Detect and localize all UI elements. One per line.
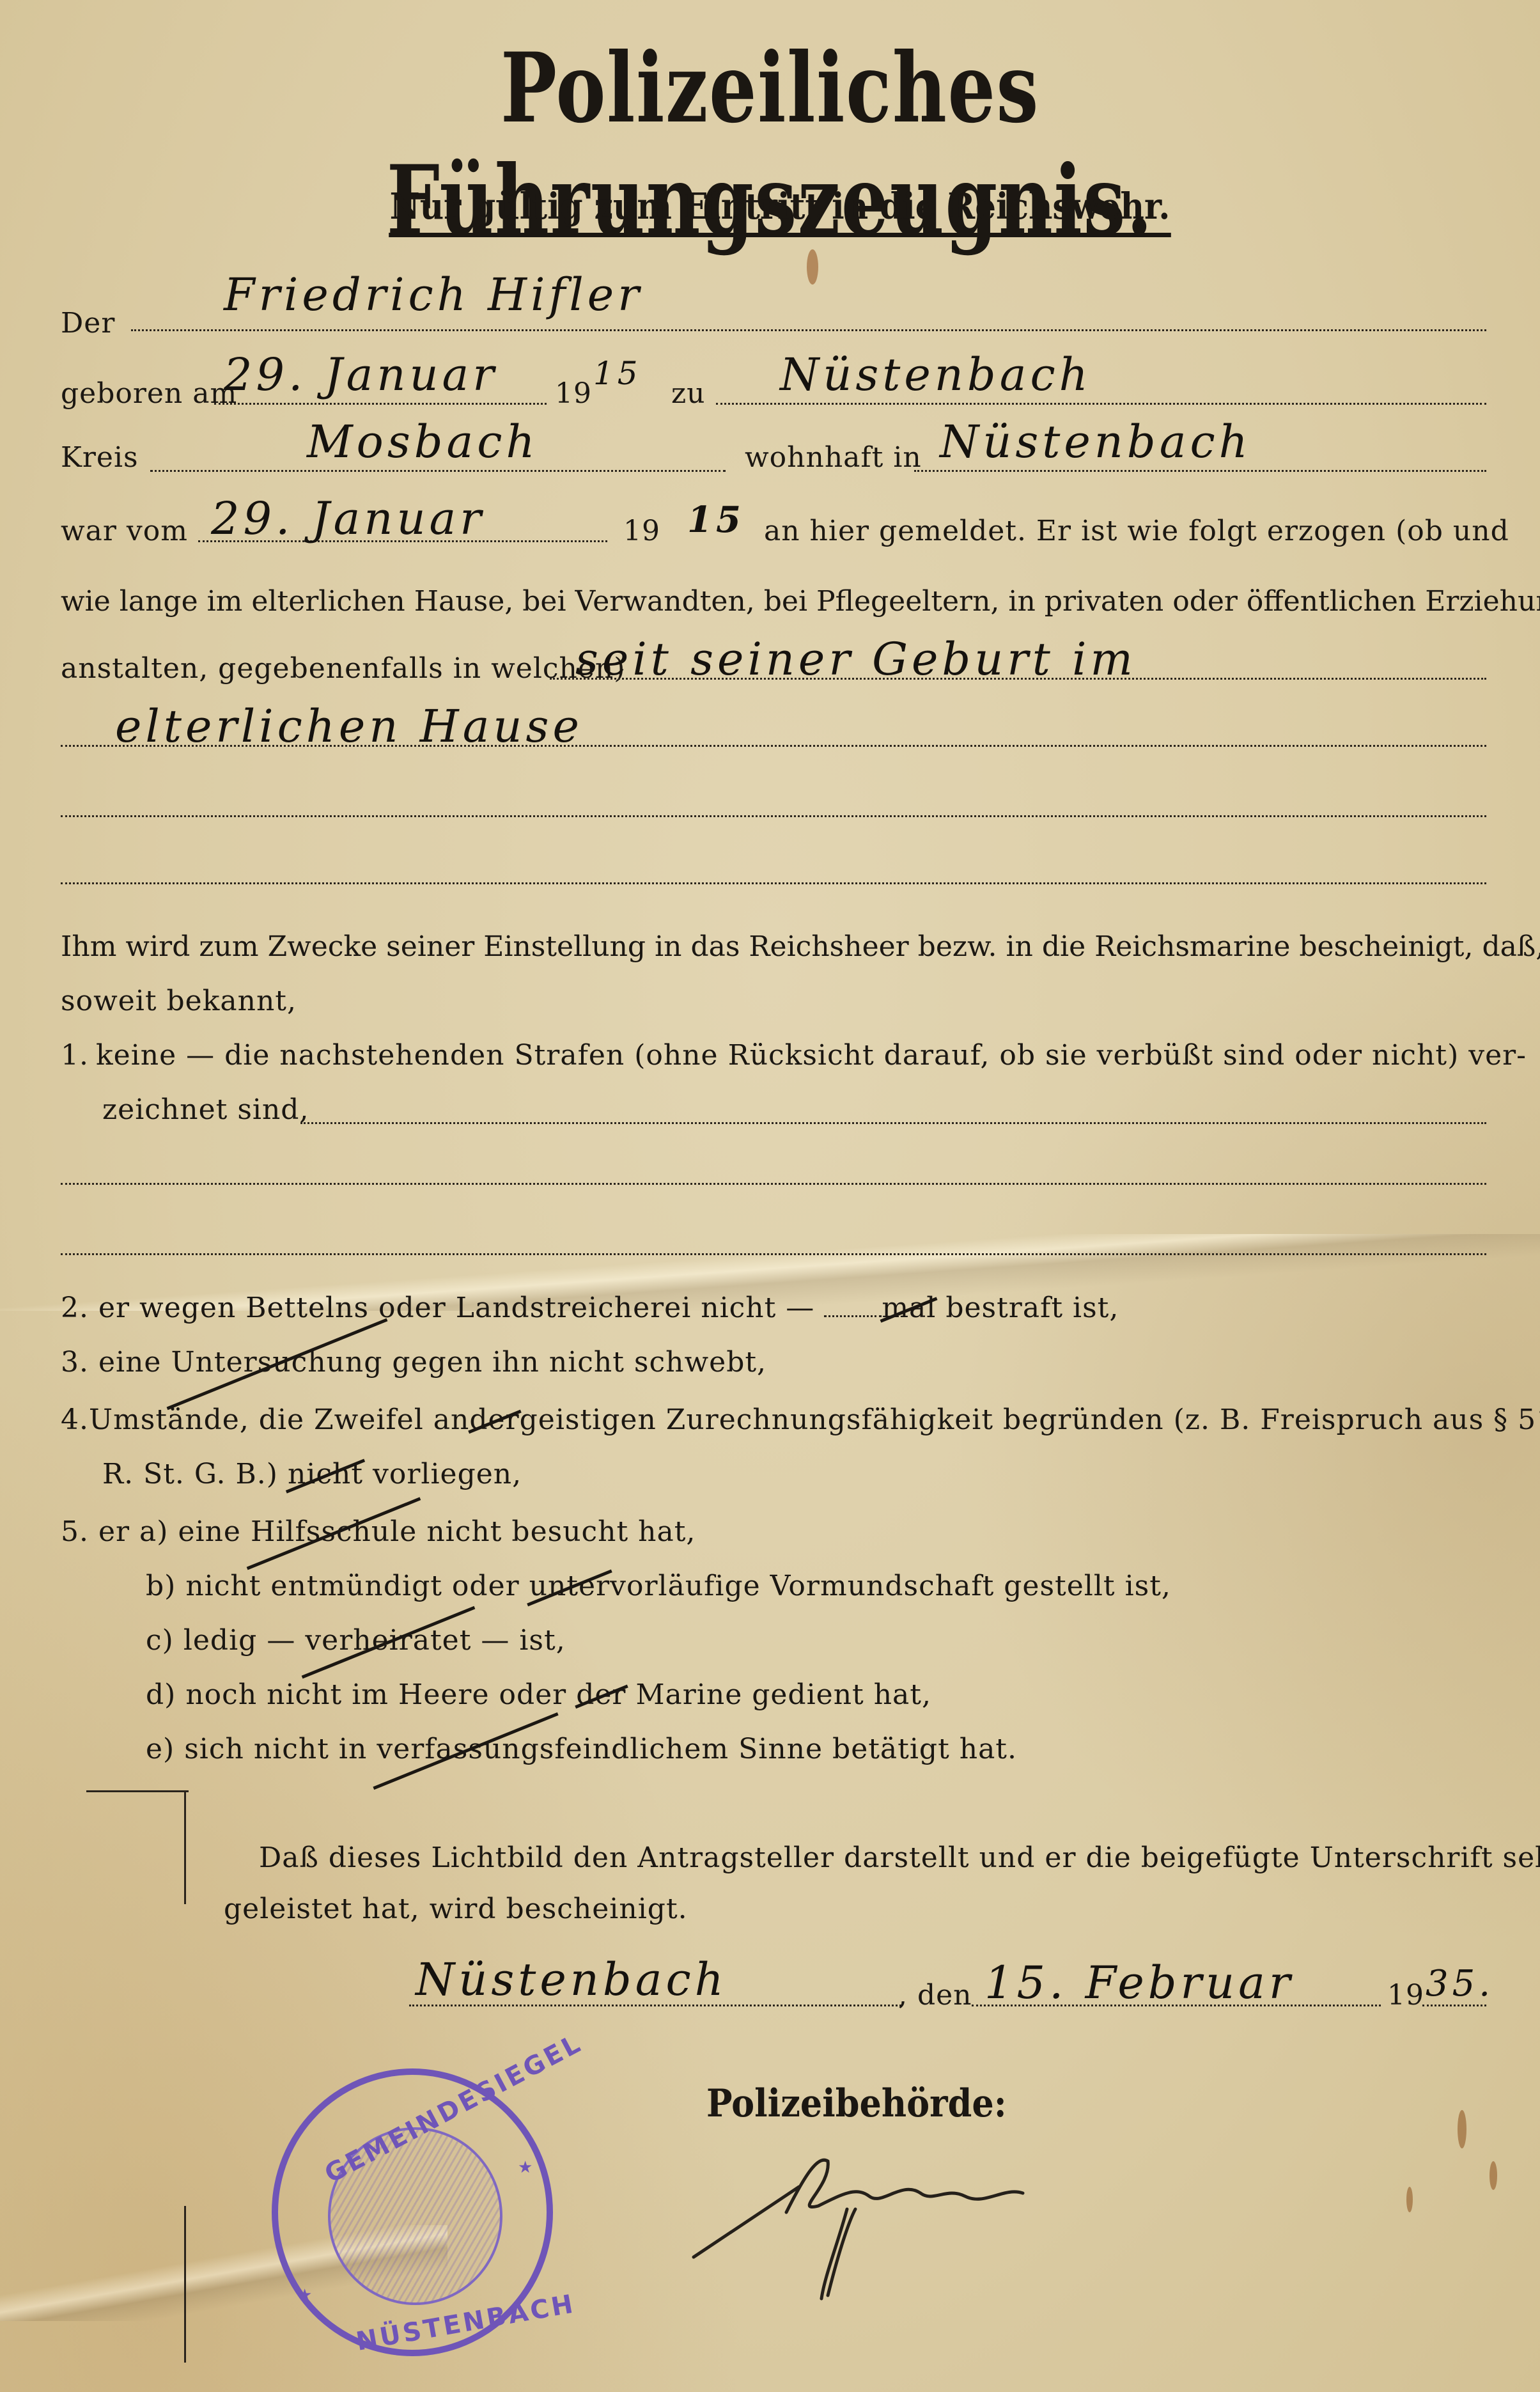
- place-handwritten: Nüstenbach: [416, 1953, 727, 2006]
- item-2-pre: er wegen Bettelns oder Landstreicherei n…: [98, 1292, 814, 1324]
- residence-label: wohnhaft in: [745, 441, 922, 474]
- item-5a-letter: er a): [98, 1515, 168, 1548]
- born-place-label: zu: [671, 377, 706, 410]
- item-5d-letter: d): [146, 1678, 176, 1711]
- item-4-post: geistigen Zurechnungsfähigkeit begründen…: [520, 1403, 1540, 1436]
- name-handwritten: Friedrich Hifler: [224, 269, 643, 321]
- item-3-number: 3.: [61, 1346, 89, 1379]
- upbringing-line-6: [61, 882, 1486, 884]
- municipal-seal-stamp: GEMEINDESIEGEL NÜSTENBACH ★ ★: [272, 2068, 553, 2356]
- date-handwritten: 15. Februar: [984, 1957, 1294, 2009]
- item-1-number: 1.: [61, 1039, 89, 1072]
- police-certificate-document: Polizeiliches Führungszeugnis. Nur gülti…: [0, 0, 1540, 2392]
- born-date-line: [214, 403, 547, 405]
- item-5c: c) ledig — verheiratet — ist,: [146, 1624, 566, 1657]
- born-place-line: [716, 403, 1486, 405]
- item-2-struck: mal: [882, 1292, 936, 1324]
- item-2: 2. er wegen Bettelns oder Landstreichere…: [61, 1292, 1119, 1324]
- item-5e-post: feindlichem Sinne betätigt hat.: [554, 1733, 1017, 1765]
- name-field-line: [131, 329, 1486, 331]
- item-3: 3. eine Untersuchung gegen ihn nicht sch…: [61, 1346, 766, 1379]
- upbringing-handwritten-1: seit seiner Geburt im: [575, 633, 1137, 685]
- item-1-line-extra-1: [61, 1183, 1486, 1185]
- item-5a-struck: Hilfsschule: [251, 1515, 417, 1548]
- item-2-post: bestraft ist,: [945, 1292, 1119, 1324]
- item-5e-struck: verfassungs: [377, 1733, 554, 1765]
- document-subtitle: Nur gültig zum Eintritt in die Reichsweh…: [389, 185, 1171, 237]
- certification-intro-1: Ihm wird zum Zwecke seiner Einstellung i…: [61, 930, 1486, 963]
- registered-date-handwritten: 29. Januar: [211, 492, 485, 545]
- ink-stain: [807, 249, 818, 285]
- year-line: [1422, 2005, 1486, 2006]
- item-5e-letter: e): [146, 1733, 175, 1765]
- der-label: Der: [61, 307, 115, 340]
- item-5d-post: Marine gedient hat,: [635, 1678, 931, 1711]
- photo-corner-line-lower: [184, 2206, 186, 2363]
- item-4-line-1: 4. Umstände, die Zweifel an der geistige…: [61, 1403, 1486, 1436]
- item-3-post: gegen ihn nicht schwebt,: [392, 1346, 766, 1379]
- seal-star-left: ★: [297, 2286, 312, 2305]
- signature-text: Ungerer: [767, 2187, 797, 2187]
- upbringing-line-2: wie lange im elterlichen Hause, bei Verw…: [61, 585, 1486, 618]
- item-5b-letter: b): [146, 1570, 176, 1602]
- item-5a-post: nicht besucht hat,: [426, 1515, 696, 1548]
- den-label: , den: [898, 1979, 972, 2012]
- item-3-struck: Untersuchung: [171, 1346, 382, 1379]
- photo-corner-mark: [86, 1790, 189, 1792]
- signature-mark: [690, 2148, 1087, 2302]
- registered-year-handwritten: 15: [687, 499, 745, 541]
- item-5-number: 5.: [61, 1515, 89, 1548]
- item-2-number: 2.: [61, 1292, 89, 1324]
- born-date-handwritten: 29. Januar: [224, 348, 498, 401]
- item-5c-pre: ledig —: [183, 1624, 296, 1657]
- born-year-prefix: 19: [555, 377, 592, 410]
- seal-star-right: ★: [518, 2158, 533, 2177]
- item-5e-pre: sich nicht in: [184, 1733, 367, 1765]
- item-1-line-1: keine — die nachstehenden Strafen (ohne …: [96, 1039, 1486, 1072]
- item-1-line-extra-2: [61, 1253, 1486, 1255]
- item-4-line2-post: vorliegen,: [373, 1458, 522, 1490]
- item-5b-pre: nicht entmündigt oder: [185, 1570, 519, 1602]
- upbringing-handwritten-2: elterlichen Hause: [115, 700, 583, 753]
- born-label: geboren am: [61, 377, 237, 410]
- item-4-line2-pre: R. St. G. B.): [102, 1458, 278, 1490]
- item-5b: b) nicht entmündigt oder untervorläufige…: [146, 1570, 1171, 1602]
- born-place-handwritten: Nüstenbach: [780, 348, 1092, 401]
- district-handwritten: Mosbach: [307, 416, 539, 468]
- rust-stain: [1458, 2110, 1466, 2148]
- photo-corner-line: [184, 1792, 186, 1904]
- item-4-pre: Umstände, die Zweifel an: [89, 1403, 469, 1436]
- item-2-count-line: [824, 1315, 882, 1317]
- item-4-line-2: R. St. G. B.) nicht vorliegen,: [102, 1458, 522, 1490]
- item-5c-post: — ist,: [481, 1624, 565, 1657]
- item-4-line2-struck: nicht: [288, 1458, 363, 1490]
- item-5e: e) sich nicht in verfassungsfeindlichem …: [146, 1733, 1017, 1765]
- item-5c-struck: verheiratet: [305, 1624, 471, 1657]
- residence-line: [914, 470, 1486, 472]
- rust-stain: [1489, 2161, 1497, 2190]
- registered-text: an hier gemeldet. Er ist wie folgt erzog…: [764, 515, 1486, 547]
- registered-year-prefix: 19: [623, 515, 660, 547]
- item-4-struck: der: [469, 1403, 519, 1436]
- item-5a: 5. er a) eine Hilfsschule nicht besucht …: [61, 1515, 696, 1548]
- district-label: Kreis: [61, 441, 139, 474]
- photo-certification-line-2: geleistet hat, wird bescheinigt.: [224, 1893, 688, 1925]
- photo-certification-line-1: Daß dieses Lichtbild den Antragsteller d…: [259, 1841, 1486, 1874]
- upbringing-line-5: [61, 815, 1486, 817]
- born-year-handwritten: 15: [593, 355, 642, 392]
- rust-stain: [1406, 2187, 1413, 2212]
- item-5d-pre: noch nicht im Heere oder: [185, 1678, 566, 1711]
- certification-intro-2: soweit bekannt,: [61, 985, 297, 1017]
- year-prefix: 19: [1387, 1979, 1424, 2012]
- item-5a-pre: eine: [178, 1515, 241, 1548]
- item-1-field-line: [300, 1122, 1486, 1124]
- item-5b-struck: unter: [529, 1570, 610, 1602]
- item-1-line-2: zeichnet sind,: [102, 1093, 309, 1126]
- item-5c-letter: c): [146, 1624, 174, 1657]
- district-line: [150, 470, 726, 472]
- item-5b-post: vorläufige Vormundschaft gestellt ist,: [610, 1570, 1171, 1602]
- item-5d-struck: der: [576, 1678, 626, 1711]
- police-authority-label: Polizeibehörde:: [706, 2081, 1007, 2126]
- item-3-pre: eine: [98, 1346, 162, 1379]
- registered-label: war vom: [61, 515, 188, 547]
- item-5d: d) noch nicht im Heere oder der Marine g…: [146, 1678, 931, 1711]
- upbringing-label: anstalten, gegebenenfalls in welchen): [61, 652, 625, 685]
- year-handwritten: 35.: [1426, 1963, 1494, 2005]
- residence-handwritten: Nüstenbach: [940, 416, 1252, 468]
- item-4-number: 4.: [61, 1403, 89, 1436]
